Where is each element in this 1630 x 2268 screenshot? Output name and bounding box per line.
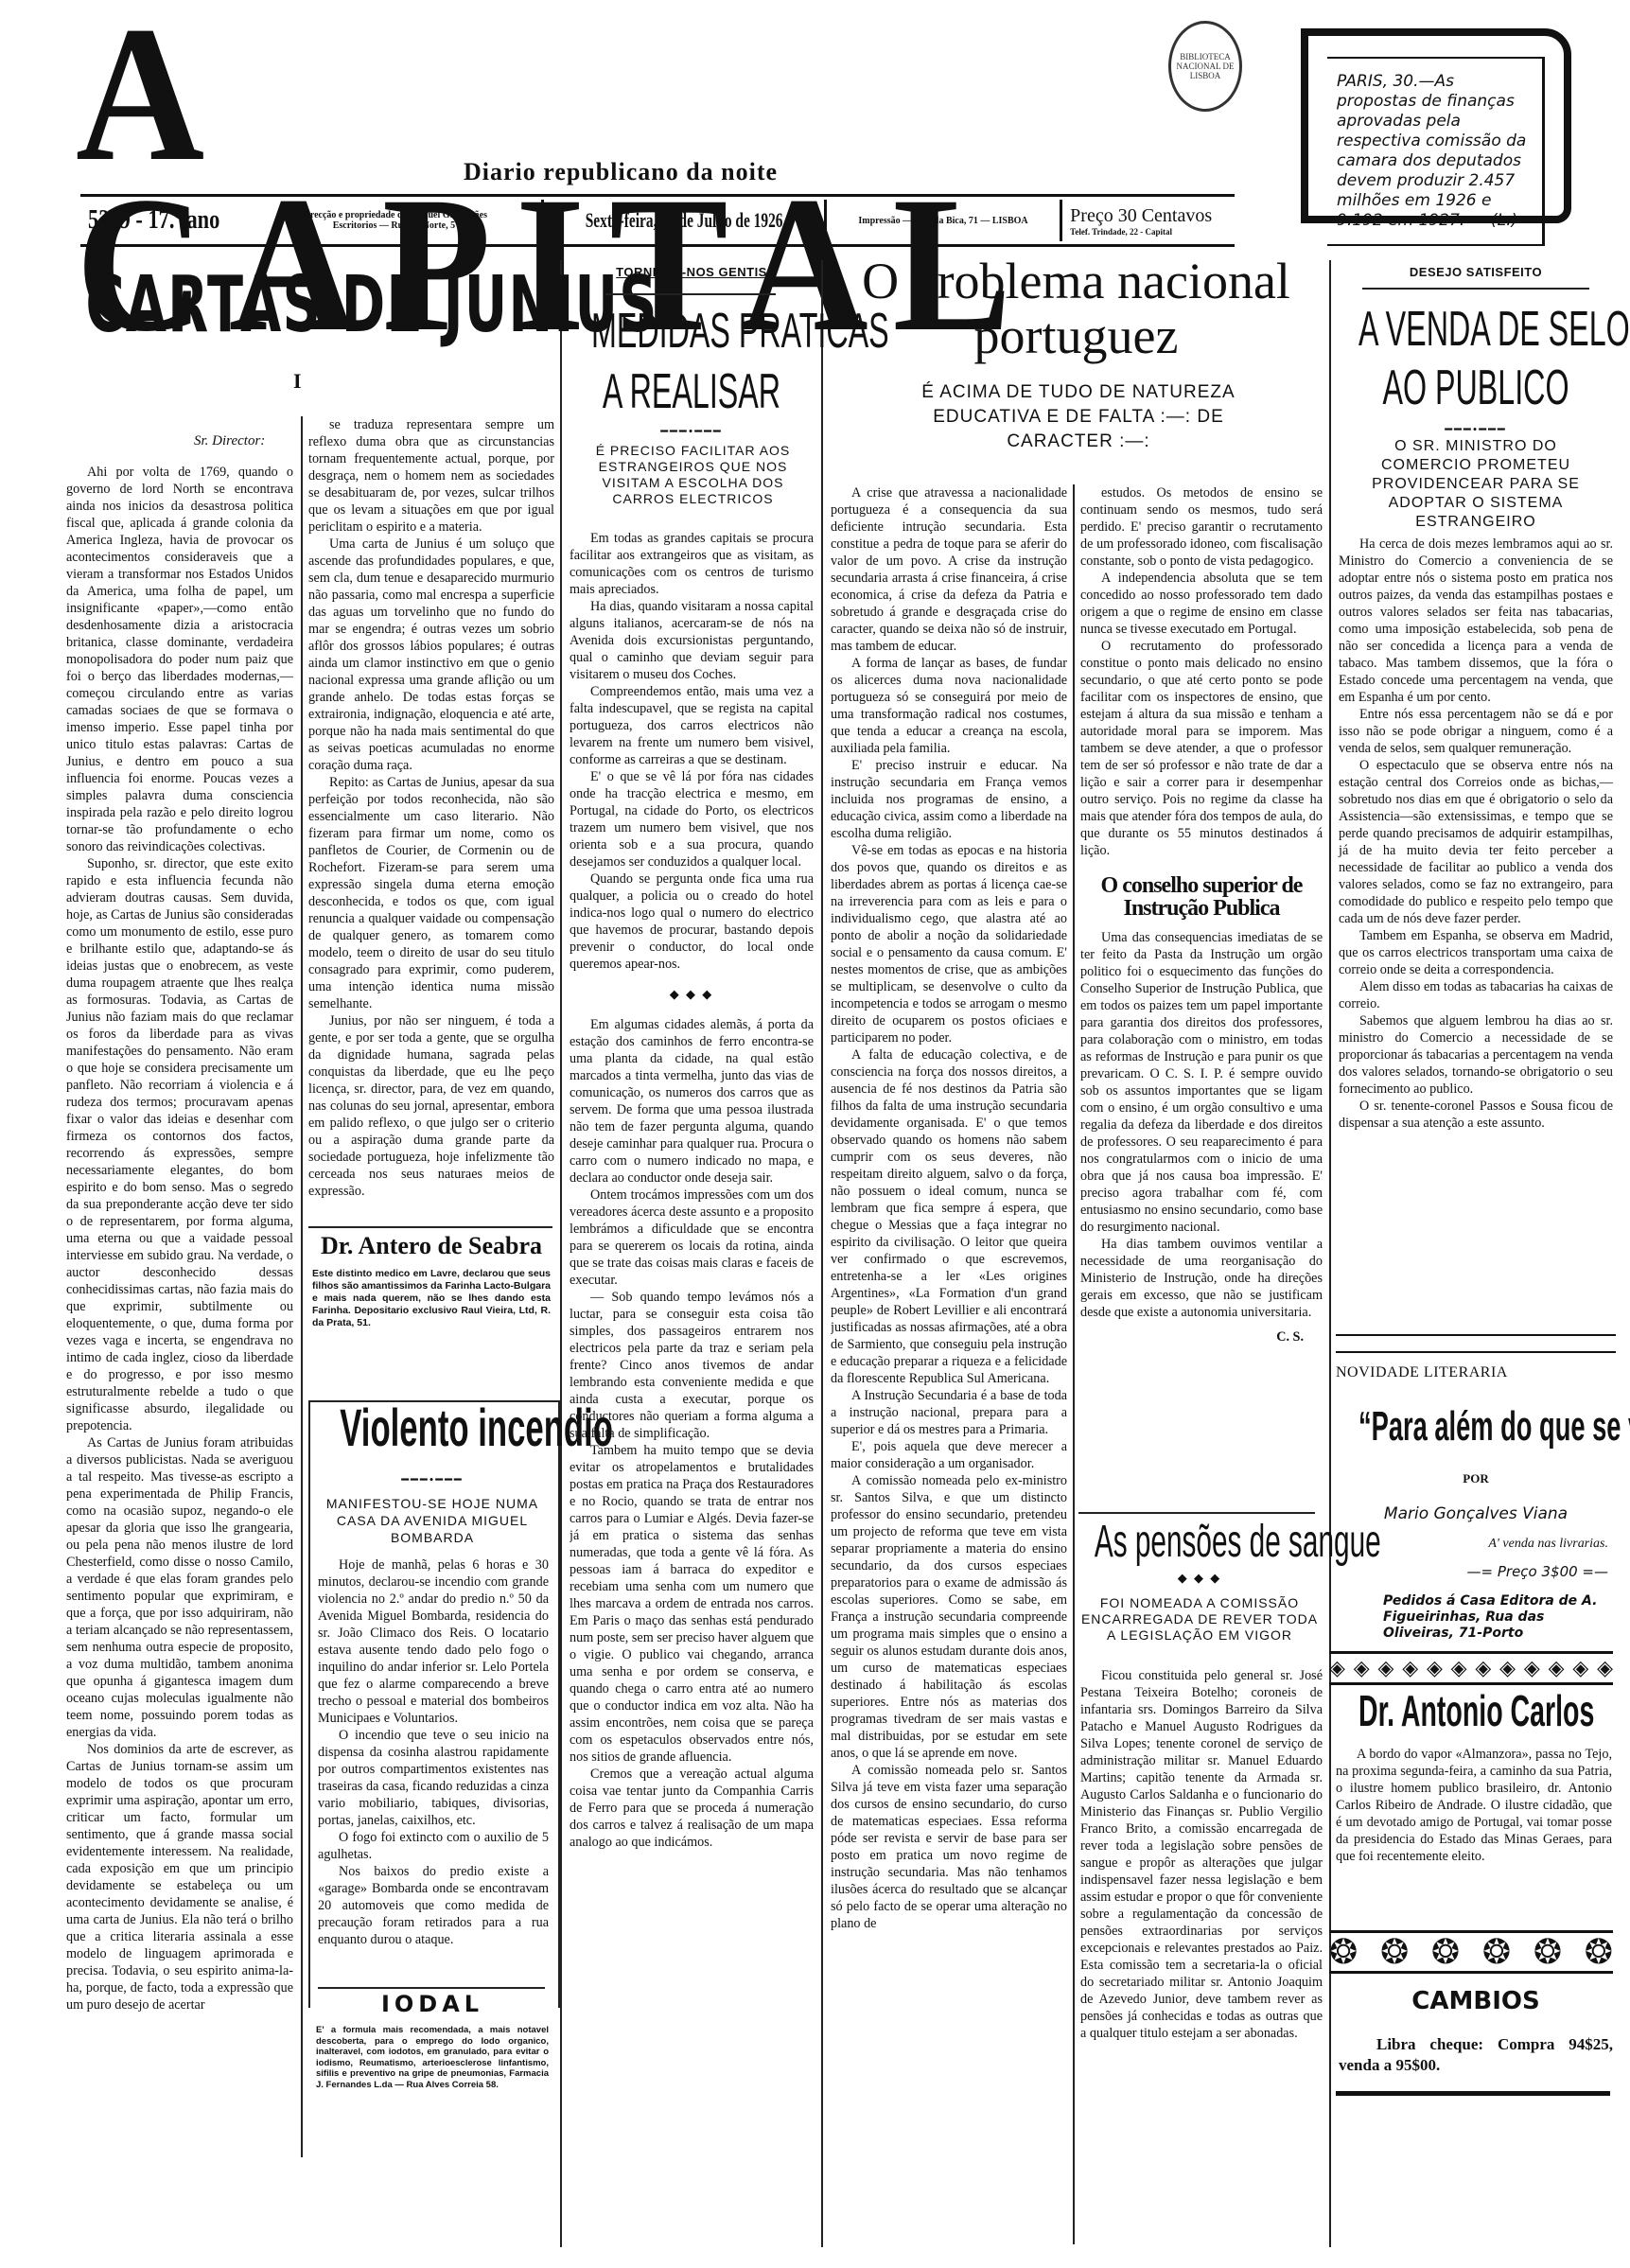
diamond-ornament-icon: ◈ [1451,1656,1467,1680]
selos-deck: O SR. MINISTRO DO COMERCIO PROMETEU PROV… [1348,437,1604,532]
paragraph: Repito: as Cartas de Junius, apesar da s… [308,774,554,1012]
antonio-carlos-headline: Dr. Antonio Carlos [1358,1684,1593,1737]
diamond-ornament-icon: ◈ [1572,1656,1588,1680]
divider [1336,2091,1610,2096]
article-signature: C. S. [1080,1328,1304,1345]
paragraph: E' preciso instruir e educar. Na instruç… [831,757,1067,842]
masthead-info-bar: 5289 - 17.º ano Direcção e propriedade d… [80,194,1235,247]
paragraph: Uma das consequencias imediatas de se te… [1080,929,1323,1236]
diamond-ornament-icon: ◈ [1475,1656,1491,1680]
diamond-ornament-icon: ◈ [1377,1656,1393,1680]
pensoes-body: Ficou constituida pelo general sr. José … [1080,1667,1323,2042]
paragraph: A comissão nomeada pelo ex-ministro sr. … [831,1472,1067,1762]
paragraph: Alem disso em todas as tabacarias ha cai… [1339,978,1613,1012]
paragraph: Nos baixos do predio existe a «garage» B… [318,1863,549,1948]
paragraph: Uma carta de Junius é um soluço que asce… [308,536,554,774]
library-stamp: BIBLIOTECA NACIONAL DE LISBOA [1168,21,1242,112]
diamond-ornament-icon: ◈ [1329,1656,1345,1680]
column-rule [1073,484,1075,2244]
spiral-ornament-icon: ❂ [1482,1932,1511,1972]
paragraph: Entre nós essa percentagem não se dá e p… [1339,706,1613,757]
antonio-carlos-body: A bordo do vapor «Almanzora», passa no T… [1336,1746,1612,1865]
paragraph: Vê-se em todas as epocas e na historia d… [831,842,1067,1046]
medidas-kicker: TORNEMO-NOS GENTIS [568,265,815,279]
paragraph: Ficou constituida pelo general sr. José … [1080,1667,1323,2042]
ornament: ━━━•━━━ [1334,422,1618,437]
cambios-rates: Libra cheque: Compra 94$25, venda a 95$0… [1339,2034,1613,2076]
book-price: —= Preço 3$00 =— [1381,1563,1608,1580]
spiral-ornament-icon: ❂ [1329,1932,1358,1972]
paragraph: Ahi por volta de 1769, quando o governo … [66,464,293,855]
paragraph: Ha dias tambem ouvimos ventilar a necess… [1080,1236,1323,1321]
ornament: ◆ ◆ ◆ [570,986,814,1003]
paragraph: Ontem trocámos impressões com um dos ver… [570,1187,814,1289]
ornamental-border: ❂ ❂ ❂ ❂ ❂ ❂ [1329,1930,1613,1974]
paragraph: A independencia absoluta que se tem conc… [1080,570,1323,638]
paragraph: E' o que se vê lá por fóra nas cidades o… [570,768,814,870]
paragraph: Ha cerca de dois mezes lembramos aqui ao… [1339,536,1613,706]
book-by: POR [1336,1471,1616,1486]
printing-address: Impressão — Rua da Bica, 71 — LISBOA [834,216,1052,226]
diamond-ornament-icon: ◈ [1549,1656,1565,1680]
paragraph: Cremos que a vereação actual alguma cois… [570,1766,814,1851]
paragraph: Nos dominios da arte de escrever, as Car… [66,1741,293,2013]
seabra-ad-text: Este distinto medico em Lavre, declarou … [312,1268,551,1329]
paragraph: As Cartas de Junius foram atribuidas a d… [66,1434,293,1741]
diamond-ornament-icon: ◈ [1427,1656,1443,1680]
book-author: Mario Gonçalves Viana [1336,1504,1616,1523]
column-rule [301,416,303,2157]
book-availability: A' venda nas livrarias. [1391,1537,1608,1552]
divider [318,1987,545,1989]
seabra-headline: Dr. Antero de Seabra [308,1232,554,1260]
paragraph: A bordo do vapor «Almanzora», passa no T… [1336,1746,1612,1865]
paragraph: Em todas as grandes capitais se procura … [570,530,814,598]
problema-headline-2: portuguez [828,308,1324,363]
incendio-deck: MANIFESTOU-SE HOJE NUMA CASA DA AVENIDA … [316,1495,549,1546]
ornament: ━━━•━━━ [308,1472,556,1487]
problema-column-1: A crise que atravessa a nacionalidade po… [831,484,1067,2244]
spiral-ornament-icon: ❂ [1534,1932,1562,1972]
paragraph: O sr. tenente-coronel Passos e Sousa fic… [1339,1098,1613,1132]
telegram-box: PARIS, 30.—As propostas de finanças apro… [1301,28,1571,223]
paragraph: Tambem em Espanha, se observa em Madrid,… [1339,927,1613,978]
ornamental-border [1336,1334,1616,1353]
cambios-headline: CAMBIOS [1336,1987,1616,2015]
divider [1078,1512,1315,1514]
novidade-label: NOVIDADE LITERARIA [1336,1364,1508,1381]
price-label: Preço 30 Centavos [1070,205,1227,227]
diamond-ornament-icon: ◈ [1402,1656,1418,1680]
paragraph: Junius, por não ser ninguem, é toda a ge… [308,1012,554,1200]
newspaper-subtitle: Diario republicano da noite [464,158,778,186]
paragraph: A comissão nomeada pelo sr. Santos Silva… [831,1762,1067,1932]
spiral-ornament-icon: ❂ [1585,1932,1613,1972]
paragraph: — Sob quando tempo levámos nós a luctar,… [570,1289,814,1442]
direction-line: Direcção e propriedade de Manuel Guimarã… [254,210,534,220]
ornament: ━━━•━━━ [568,424,815,439]
diamond-ornament-icon: ◈ [1354,1656,1370,1680]
selos-body: Ha cerca de dois mezes lembramos aqui ao… [1339,536,1613,1132]
problema-headline-1: O problema nacional [828,254,1324,308]
divider [1362,288,1589,290]
divider [605,293,776,295]
pensoes-headline: As pensões de sangue [1095,1516,1301,1569]
conselho-subhead: O conselho superior de Instrução Publica [1080,874,1323,920]
problema-deck: É ACIMA DE TUDO DE NATUREZA EDUCATIVA E … [899,380,1258,454]
medidas-headline-1: MEDIDAS PRATICAS [591,303,792,360]
paragraph: estudos. Os metodos de ensino se continu… [1080,484,1323,570]
phone-line: Telef. Trindade, 22 - Capital [1070,227,1227,237]
pensoes-deck: FOI NOMEADA A COMISSÃO ENCARREGADA DE RE… [1078,1595,1321,1644]
paragraph: Suponho, sr. director, que este exito ra… [66,855,293,1434]
paragraph: O espectaculo que se observa entre nós n… [1339,757,1613,927]
telegram-text: PARIS, 30.—As propostas de finanças apro… [1327,57,1545,246]
column-rule [821,260,823,2247]
selos-headline-2: AO PUBLICO [1358,360,1593,416]
paragraph: Sabemos que alguem lembrou ha dias ao sr… [1339,1012,1613,1098]
paragraph: A forma de lançar as bases, de fundar os… [831,655,1067,757]
selos-kicker: DESEJO SATISFEITO [1334,265,1618,279]
diamond-ornament-icon: ◈ [1597,1656,1613,1680]
medidas-headline-2: A REALISAR [591,363,792,420]
issue-number: 5289 - 17.º ano [88,205,209,236]
cartas-column-1: Ahi por volta de 1769, quando o governo … [66,464,293,2233]
divider [308,1226,552,1228]
paragraph: E', pois aquela que deve merecer a maior… [831,1438,1067,1472]
selos-headline-1: A VENDA DE SELOS [1358,301,1593,358]
column-rule [560,260,562,2247]
incendio-body: Hoje de manhã, pelas 6 horas e 30 minuto… [318,1556,549,1948]
iodal-headline: IODAL [308,1991,556,2017]
incendio-headline: Violento incendio [340,1398,522,1457]
paragraph: se traduza representara sempre um reflex… [308,416,554,536]
paragraph: A crise que atravessa a nacionalidade po… [831,484,1067,655]
ornamental-border: ◈ ◈ ◈ ◈ ◈ ◈ ◈ ◈ ◈ ◈ ◈ ◈ [1329,1651,1613,1685]
paragraph: A Instrução Secundaria é a base de toda … [831,1387,1067,1438]
paragraph: Ha dias, quando visitaram a nossa capita… [570,598,814,683]
spiral-ornament-icon: ❂ [1431,1932,1460,1972]
book-title: “Para além do que se vê” [1358,1402,1593,1451]
paragraph: O fogo foi extincto com o auxilio de 5 a… [318,1829,549,1863]
cartas-headline: CARTAS DE JUNIUS [161,263,482,348]
paragraph: O recrutamento do professorado constitue… [1080,638,1323,859]
paragraph: Quando se pergunta onde fica uma rua qua… [570,870,814,973]
office-line: Escritorios — Rua do Norte, 5 [254,220,534,231]
medidas-deck: É PRECISO FACILITAR AOS ESTRANGEIROS QUE… [577,443,809,507]
part-number: I [293,369,302,394]
cartas-column-2: se traduza representara sempre um reflex… [308,416,554,1217]
salutation: Sr. Director: [194,433,265,449]
diamond-ornament-icon: ◈ [1524,1656,1540,1680]
book-orders: Pedidos á Casa Editora de A. Figueirinha… [1383,1593,1606,1642]
paragraph: Hoje de manhã, pelas 6 horas e 30 minuto… [318,1556,549,1727]
paragraph: A falta de educação colectiva, e de cons… [831,1046,1067,1387]
problema-column-2: estudos. Os metodos de ensino se continu… [1080,484,1323,1345]
paragraph: Em algumas cidades alemãs, á porta da es… [570,1016,814,1187]
paragraph: Tambem ha muito tempo que se devia evita… [570,1442,814,1766]
medidas-body: Em todas as grandes capitais se procura … [570,530,814,2233]
paragraph: Compreendemos então, mais uma vez a falt… [570,683,814,768]
diamond-ornament-icon: ◈ [1499,1656,1516,1680]
publication-date: Sexta-feira, 30 de Julho de 1926 [585,208,782,233]
spiral-ornament-icon: ❂ [1380,1932,1409,1972]
newspaper-title: A CAPITAL [76,9,998,180]
paragraph: O incendio que teve o seu inicio na disp… [318,1727,549,1829]
ornament: ◆ ◆ ◆ [1078,1571,1321,1586]
iodal-ad-text: E' a formula mais recomendada, a mais no… [316,2025,549,2090]
